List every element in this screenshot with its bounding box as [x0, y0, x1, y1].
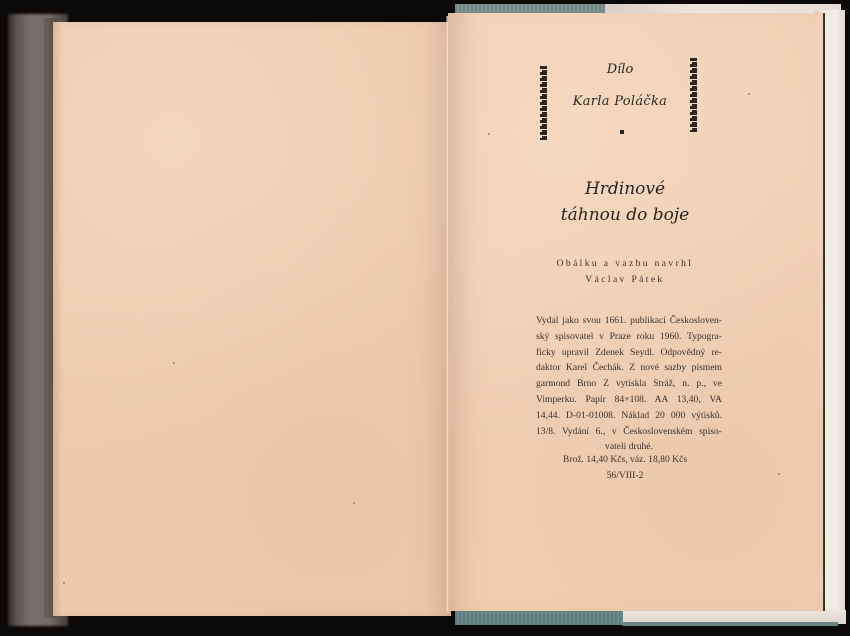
- cover-bottom-edge: [623, 622, 838, 626]
- spine-cloth-bottom: [455, 611, 623, 625]
- cover-credit: Obálku a vazbu navrhl Václav Pátek: [530, 256, 720, 288]
- colophon-line: ficky upravil Zdenek Seydl. Odpovědný re…: [536, 345, 722, 361]
- colophon-line: garmond Brno Z vytiskla Stráž, n. p., ve: [536, 376, 722, 392]
- series-header: Dílo Karla Poláčka: [540, 58, 700, 140]
- left-page: [53, 22, 451, 616]
- title-line-2: táhnou do boje: [530, 202, 720, 228]
- colophon-line: 14,44. D-01-01008. Náklad 20 000 výtisků…: [536, 408, 722, 424]
- series-label: Dílo: [540, 62, 700, 77]
- colophon-line: Vydal jako svou 1661. publikaci Českoslo…: [536, 313, 722, 329]
- book-scan: Dílo Karla Poláčka Hrdinové táhnou do bo…: [0, 0, 850, 636]
- colophon: Vydal jako svou 1661. publikaci Českoslo…: [536, 313, 722, 455]
- author-name: Karla Poláčka: [540, 94, 700, 109]
- title-line-1: Hrdinové: [530, 176, 720, 202]
- credit-line-2: Václav Pátek: [530, 272, 720, 288]
- colophon-line: daktor Karel Čechák. Z nové sazby písmem: [536, 360, 722, 376]
- book-title: Hrdinové táhnou do boje: [530, 176, 720, 228]
- colophon-line: Vimperku. Papír 84×108. AA 13,40, VA: [536, 392, 722, 408]
- colophon-line: 13/8. Vydání 6., v Československém spiso…: [536, 424, 722, 440]
- price-info: Brož. 14,40 Kčs, váz. 18,80 Kčs 56/VIII-…: [530, 452, 720, 484]
- ornament-dot: [620, 130, 624, 134]
- credit-line-1: Obálku a vazbu navrhl: [530, 256, 720, 272]
- book-gutter: [446, 16, 449, 612]
- catalog-code: 56/VIII-2: [530, 468, 720, 484]
- price-line: Brož. 14,40 Kčs, váz. 18,80 Kčs: [530, 452, 720, 468]
- colophon-line: ský spisovatel v Praze roku 1960. Typogr…: [536, 329, 722, 345]
